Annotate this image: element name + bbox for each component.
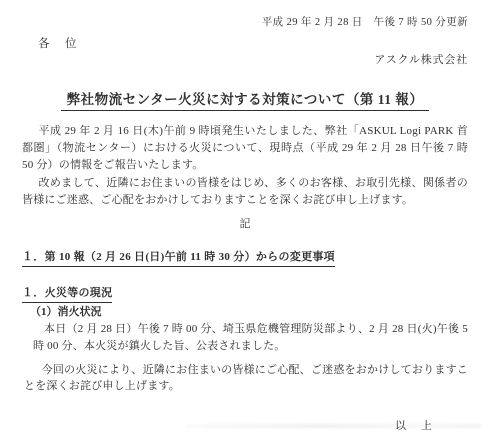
subsection-1-heading: １．火災等の現況 — [22, 287, 112, 303]
document-page: 平成 29 年 2 月 28 日 午後 7 時 50 分更新 各 位 アスクル株… — [0, 0, 490, 435]
update-timestamp: 平成 29 年 2 月 28 日 午後 7 時 50 分更新 — [22, 16, 468, 30]
section-1-heading: １．第 10 報（2 月 26 日(日)午前 11 時 30 分）からの変更事項 — [22, 251, 335, 267]
apology-paragraph: 今回の火災により、近隣にお住まいの皆様にご心配、ご迷惑をおかけしておりますことを… — [24, 362, 468, 396]
extinguish-status-paragraph: 本日（2 月 28 日）午後 7 時 00 分、埼玉県危機管理防災部より、2 月… — [33, 321, 468, 355]
company-name: アスクル株式会社 — [22, 53, 468, 67]
record-marker: 記 — [22, 217, 468, 231]
section-1-row: １．第 10 報（2 月 26 日(日)午前 11 時 30 分）からの変更事項 — [22, 247, 468, 267]
subsection-1-row: １．火災等の現況 — [22, 283, 468, 303]
addressee: 各 位 — [22, 37, 468, 51]
scan-shadow-artifact — [185, 424, 481, 428]
item-1-heading: （1）消火状況 — [30, 305, 468, 320]
title-row: 弊社物流センター火災に対する対策について（第 11 報） — [22, 91, 468, 111]
document-title: 弊社物流センター火災に対する対策について（第 11 報） — [61, 92, 430, 111]
intro-paragraph-1: 平成 29 年 2 月 16 日(木)午前 9 時頃発生いたしました、弊社「AS… — [22, 123, 468, 173]
intro-paragraph-2: 改めまして、近隣にお住まいの皆様をはじめ、多くのお客様、お取引先様、関係者の皆様… — [22, 175, 468, 209]
